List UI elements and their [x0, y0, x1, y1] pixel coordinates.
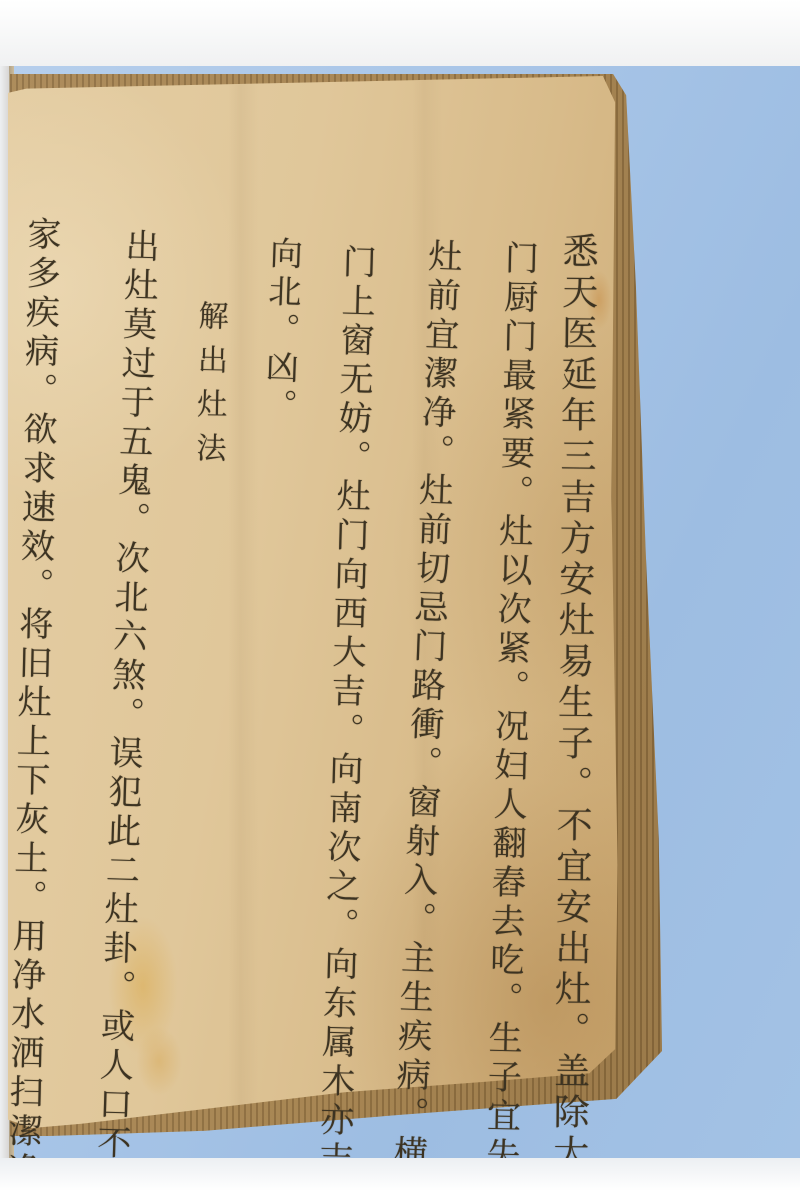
photo-border-bottom [0, 1158, 800, 1191]
photo-border-top [0, 0, 800, 66]
text-column-1: 悉天医延年三吉方安灶易生子。不宜安出灶。盖除大 [544, 232, 604, 1072]
section-title-column: 解出灶法 [184, 300, 232, 531]
paper-stain [136, 1026, 182, 1096]
text-column-5: 向北。凶。 [255, 235, 309, 437]
